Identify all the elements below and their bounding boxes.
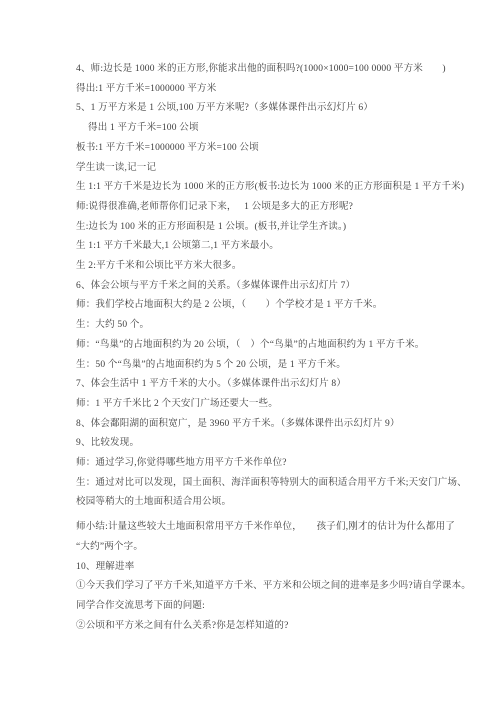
document-line: 得出:1 平方千米=1000000 平方米 [76, 80, 446, 100]
document-line: 6、体会公顷与平方千米之间的关系。（多媒体课件出示幻灯片 7） [76, 277, 446, 297]
document-line: 5、1 万平方米是 1 公顷,100 万平方米呢?（多媒体课件出示幻灯片 6） [76, 99, 446, 119]
document-line: 生：大约 50 个。 [76, 316, 446, 336]
document-line: ②公顷和平方米之间有什么关系?你是怎样知道的? [76, 617, 446, 637]
document-line: 校园等稍大的土地面积适合用公顷。 [76, 493, 446, 513]
document-line: “大约”两个字。 [76, 538, 446, 558]
document-line: 9、比较发现。 [76, 434, 446, 454]
document-line: 得出 1 平方千米=100 公顷 [76, 119, 446, 139]
document-line: 板书:1 平方千米=1000000 平方米=100 公顷 [76, 139, 446, 159]
document-line: 师：1 平方千米比 2 个天安门广场还要大一些。 [76, 395, 446, 415]
document-text-block: 4、师:边长是 1000 米的正方形,你能求出他的面积吗?(1000×1000=… [76, 60, 446, 636]
document-line: 8、体会鄱阳湖的面积宽广，是 3960 平方千米。（多媒体课件出示幻灯片 9） [76, 415, 446, 435]
document-line: 师小结:计量这些较大土地面积常用平方千米作单位， 孩子们,刚才的估计为什么都用了 [76, 518, 446, 538]
document-line: 学生读一读,记一记 [76, 159, 446, 179]
document-line: ①今天我们学习了平方千米,知道平方千米、平方米和公顷之间的进率是多少吗?请自学课… [76, 577, 446, 597]
document-line: 10、理解进率 [76, 558, 446, 578]
document-line: 生：50 个“鸟巢”的占地面积约为 5 个 20 公顷，是 1 平方千米。 [76, 356, 446, 376]
document-line: 生 1:1 平方千米最大,1 公顷第二,1 平方米最小。 [76, 237, 446, 257]
document-line: 同学合作交流思考下面的问题: [76, 597, 446, 617]
document-line: 师：“鸟巢”的占地面积约为 20 公顷，（ ）个“鸟巢”的占地面积约为 1 平方… [76, 336, 446, 356]
document-line: 生 2:平方千米和公顷比平方米大很多。 [76, 257, 446, 277]
document-line: 生：通过对比可以发现，国土面积、海洋面积等特别大的面积适合用平方千米;天安门广场… [76, 474, 446, 494]
document-line: 4、师:边长是 1000 米的正方形,你能求出他的面积吗?(1000×1000=… [76, 60, 446, 80]
document-page: 4、师:边长是 1000 米的正方形,你能求出他的面积吗?(1000×1000=… [0, 0, 500, 707]
document-line: 师:说得很准确,老师帮你们记录下来， 1 公顷是多大的正方形呢? [76, 198, 446, 218]
document-line: 生 1:1 平方千米是边长为 1000 米的正方形(板书:边长为 1000 米的… [76, 178, 446, 198]
document-line: 师：通过学习,你觉得哪些地方用平方千米作单位? [76, 454, 446, 474]
document-line: 师：我们学校占地面积大约是 2 公顷，（ ）个学校才是 1 平方千米。 [76, 296, 446, 316]
document-line: 7、体会生活中 1 平方千米的大小。（多媒体课件出示幻灯片 8） [76, 375, 446, 395]
document-line: 生:边长为 100 米的正方形面积是 1 公顷。(板书,并让学生齐读。) [76, 218, 446, 238]
